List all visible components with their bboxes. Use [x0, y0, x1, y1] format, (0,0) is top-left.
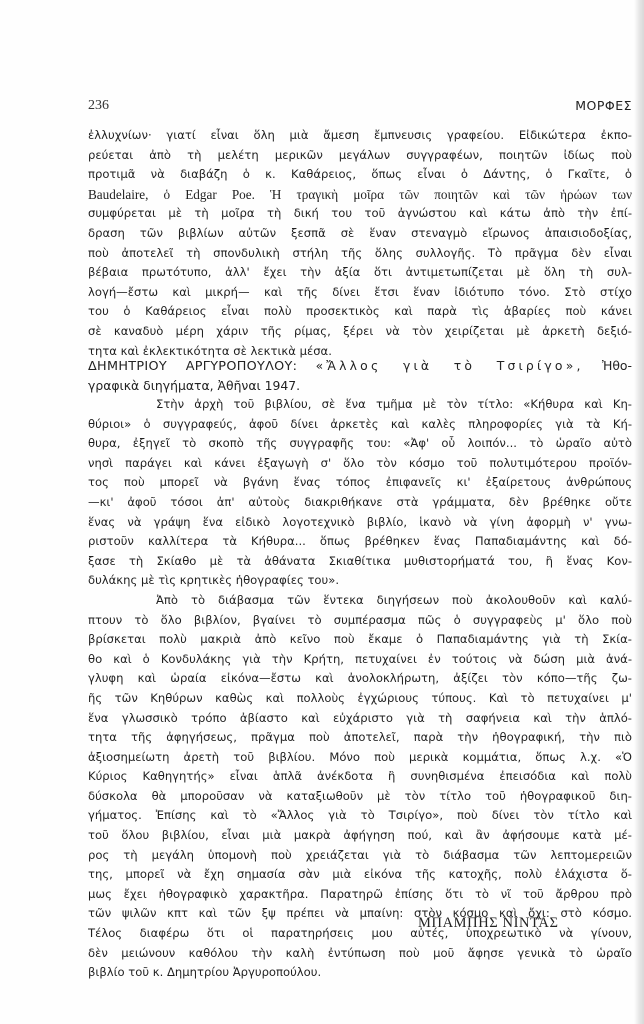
journal-title: ΜΟΡΦΕΣ [575, 98, 632, 113]
text-line: ἀξιοσημείωτη ἀρετὴ τοῦ βιβλίου. Μόνο ποὺ… [88, 748, 632, 768]
page-number: 236 [88, 98, 109, 114]
text-line: τος ποὺ μπορεῖ νὰ βγάνη ἕνας τόπος ἐπιφα… [88, 473, 632, 493]
text-line: δὲν μειώνουν καθόλου τὴν καλὴ ἐντύπωση π… [88, 944, 632, 964]
running-head: 236 ΜΟΡΦΕΣ [88, 98, 632, 118]
text-line: τοῦ ὅλου βιβλίου, εἶναι μιὰ μακρὰ ἀφήγησ… [88, 826, 632, 846]
text-line: πτουν τὸ ὅλο βιβλίον, βγαίνει τὸ συμπέρα… [88, 611, 632, 631]
text-line: Στὴν ἀρχὴ τοῦ βιβλίου, σὲ ἕνα τμῆμα μὲ τ… [88, 395, 632, 415]
text-line: γλυφη καὶ ὡραία εἰκόνα—ἔστω καὶ ἀνολοκλή… [88, 669, 632, 689]
book-author: ΔΗΜΗΤΡΙΟΥ ΑΡΓΥΡΟΠΟΥΛΟΥ: [88, 359, 297, 374]
scanned-page: 236 ΜΟΡΦΕΣ ἐλλυχνίων· γιατί εἶναι ὅλη μι… [0, 0, 644, 1024]
text-line: ἐλλυχνίων· γιατί εἶναι ὅλη μιὰ ἄμεση ἔμπ… [88, 126, 632, 146]
text-line: ξασε τὴ Σκίαθο μὲ τὰ ἀθάνατα Σκιαθίτικα … [88, 552, 632, 572]
text-line: Baudelaire, ὁ Edgar Poe. Ἡ τραγικὴ μοῖρα… [88, 185, 632, 205]
reviewer-signature: ΜΠΑΜΠΗΣ ΝΙΝΤΑΣ [418, 915, 559, 932]
page-edge-shadow [634, 0, 644, 1024]
text-line: ἕνας νὰ γράψη ἕνα εἰδικὸ λογοτεχνικὸ βιβ… [88, 513, 632, 533]
text-line: προτιμᾶ νὰ διαβάζη ὁ κ. Καθάρειος, ὅπως … [88, 165, 632, 185]
text-line: νησὶ παράγει καὶ κάνει ἐξαγωγὴ σ' ὅλο τὸ… [88, 454, 632, 474]
text-line: γήματος. Ἐπίσης καὶ τὸ «Ἄλλος γιὰ τὸ Τσι… [88, 806, 632, 826]
text-line: Ἀπὸ τὸ διάβασμα τῶν ἕντεκα διηγήσεων ποὺ… [88, 591, 632, 611]
text-line: συμφύρεται μὲ τὴ μοῖρα τὴ δική του τοῦ ἀ… [88, 204, 632, 224]
text-line: σὲ καναδυὸ μέρη χάριν τῆς ρίμας, ξέρει ν… [88, 322, 632, 342]
text-line: λογή—ἔστω καὶ μικρή— καὶ τῆς δίνει ἔτσι … [88, 283, 632, 303]
text-line: δυλάκης μὲ τὶς κρητικὲς ἠθογραφίες του». [88, 571, 632, 591]
review-1-ending: ἐλλυχνίων· γιατί εἶναι ὅλη μιὰ ἄμεση ἔμπ… [88, 126, 632, 361]
book-title: «Ἄλλος γιὰ τὸ Τσιρίγο», [316, 358, 584, 373]
text-line: θο καὶ ὁ Κονδυλάκης γιὰ τὴν Κρήτη, πετυχ… [88, 650, 632, 670]
heading-line-1: ΔΗΜΗΤΡΙΟΥ ΑΡΓΥΡΟΠΟΥΛΟΥ: «Ἄλλος γιὰ τὸ Τσ… [88, 356, 632, 376]
text-line: ρος τὴ μεγάλη ὑπομονὴ ποὺ χρειάζεται γιὰ… [88, 846, 632, 866]
text-line: ἕνα γλωσσικὸ τρόπο ἀβίαστο καὶ εὐχάριστο… [88, 709, 632, 729]
heading-line-2: γραφικὰ διηγήματα, Ἀθῆναι 1947. [88, 376, 632, 396]
text-line: βέβαια πρωτότυπο, ἀλλ' ἔχει τὴν ἀξία ὅτι… [88, 263, 632, 283]
text-line: του ὁ Καθάρειος εἶναι πολὺ προσεκτικὸς κ… [88, 302, 632, 322]
text-line: θυρα, ἐξηγεῖ τὸ σκοπὸ τῆς συγγραφῆς του:… [88, 434, 632, 454]
text-line: της, μπορεῖ νὰ ἔχη σημασία σὰν μιὰ εἰκόν… [88, 865, 632, 885]
text-line: μως ἔχει ἠθογραφικὸ χαρακτῆρα. Παρατηρῶ … [88, 885, 632, 905]
text-line: ριστοῦν καλλίτερα τὰ Κήθυρα... ὅπως βρέθ… [88, 532, 632, 552]
text-line: Κύριος Καθηγητής» εἶναι ἁπλᾶ ἀνέκδοτα ἢ … [88, 767, 632, 787]
book-genre-start: Ἠθο- [602, 358, 632, 373]
text-line: δραση τῶν βιβλίων αὐτῶν ξεσπᾶ σὲ ἕναν στ… [88, 224, 632, 244]
text-line: θύριοι» ὁ συγγραφεύς, ἀφοῦ δίνει ἀρκετὲς… [88, 415, 632, 435]
text-line: τητα τῆς ἀφηγήσεως, πρᾶγμα ποὺ ἀποτελεῖ,… [88, 728, 632, 748]
review-2-body: Στὴν ἀρχὴ τοῦ βιβλίου, σὲ ἕνα τμῆμα μὲ τ… [88, 395, 632, 983]
text-line: —κι' ἀφοῦ τόσοι ἀπ' αὐτοὺς διακριθήκανε … [88, 493, 632, 513]
text-line: βιβλίο τοῦ κ. Δημητρίου Ἀργυροπούλου. [88, 963, 632, 983]
text-line: ποὺ ἀποτελεῖ τὴ σπονδυλικὴ στήλη τῆς ὅλη… [88, 244, 632, 264]
text-line: ρεύεται ἀπὸ τὴ μελέτη μερικῶν μεγάλων συ… [88, 146, 632, 166]
text-line: βρίσκεται πολὺ μακριὰ ἀπὸ κεῖνο ποὺ ἔκαμ… [88, 630, 632, 650]
text-line: ῆς τῶν Κηθύρων καθὼς καὶ πολλοὺς ἐγχώριο… [88, 689, 632, 709]
text-line: δύσκολα θὰ μποροῦσαν νὰ καταξιωθοῦν μὲ τ… [88, 787, 632, 807]
book-review-heading: ΔΗΜΗΤΡΙΟΥ ΑΡΓΥΡΟΠΟΥΛΟΥ: «Ἄλλος γιὰ τὸ Τσ… [88, 356, 632, 395]
